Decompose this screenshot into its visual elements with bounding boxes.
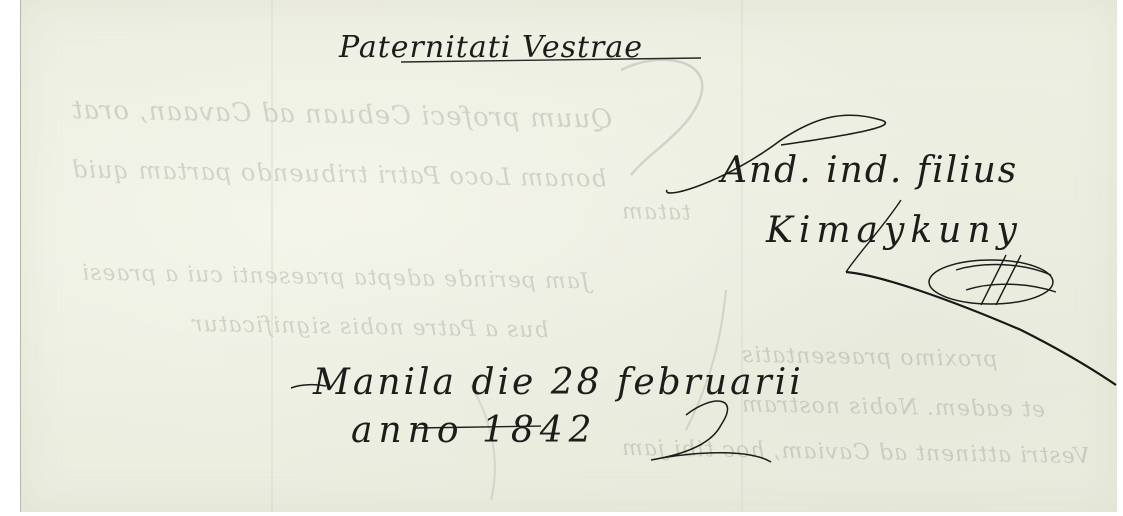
document-page: Quum profeci Cebuan ad Cavaan, orat bona… xyxy=(20,0,1117,512)
dateline-flourish xyxy=(21,0,1117,512)
